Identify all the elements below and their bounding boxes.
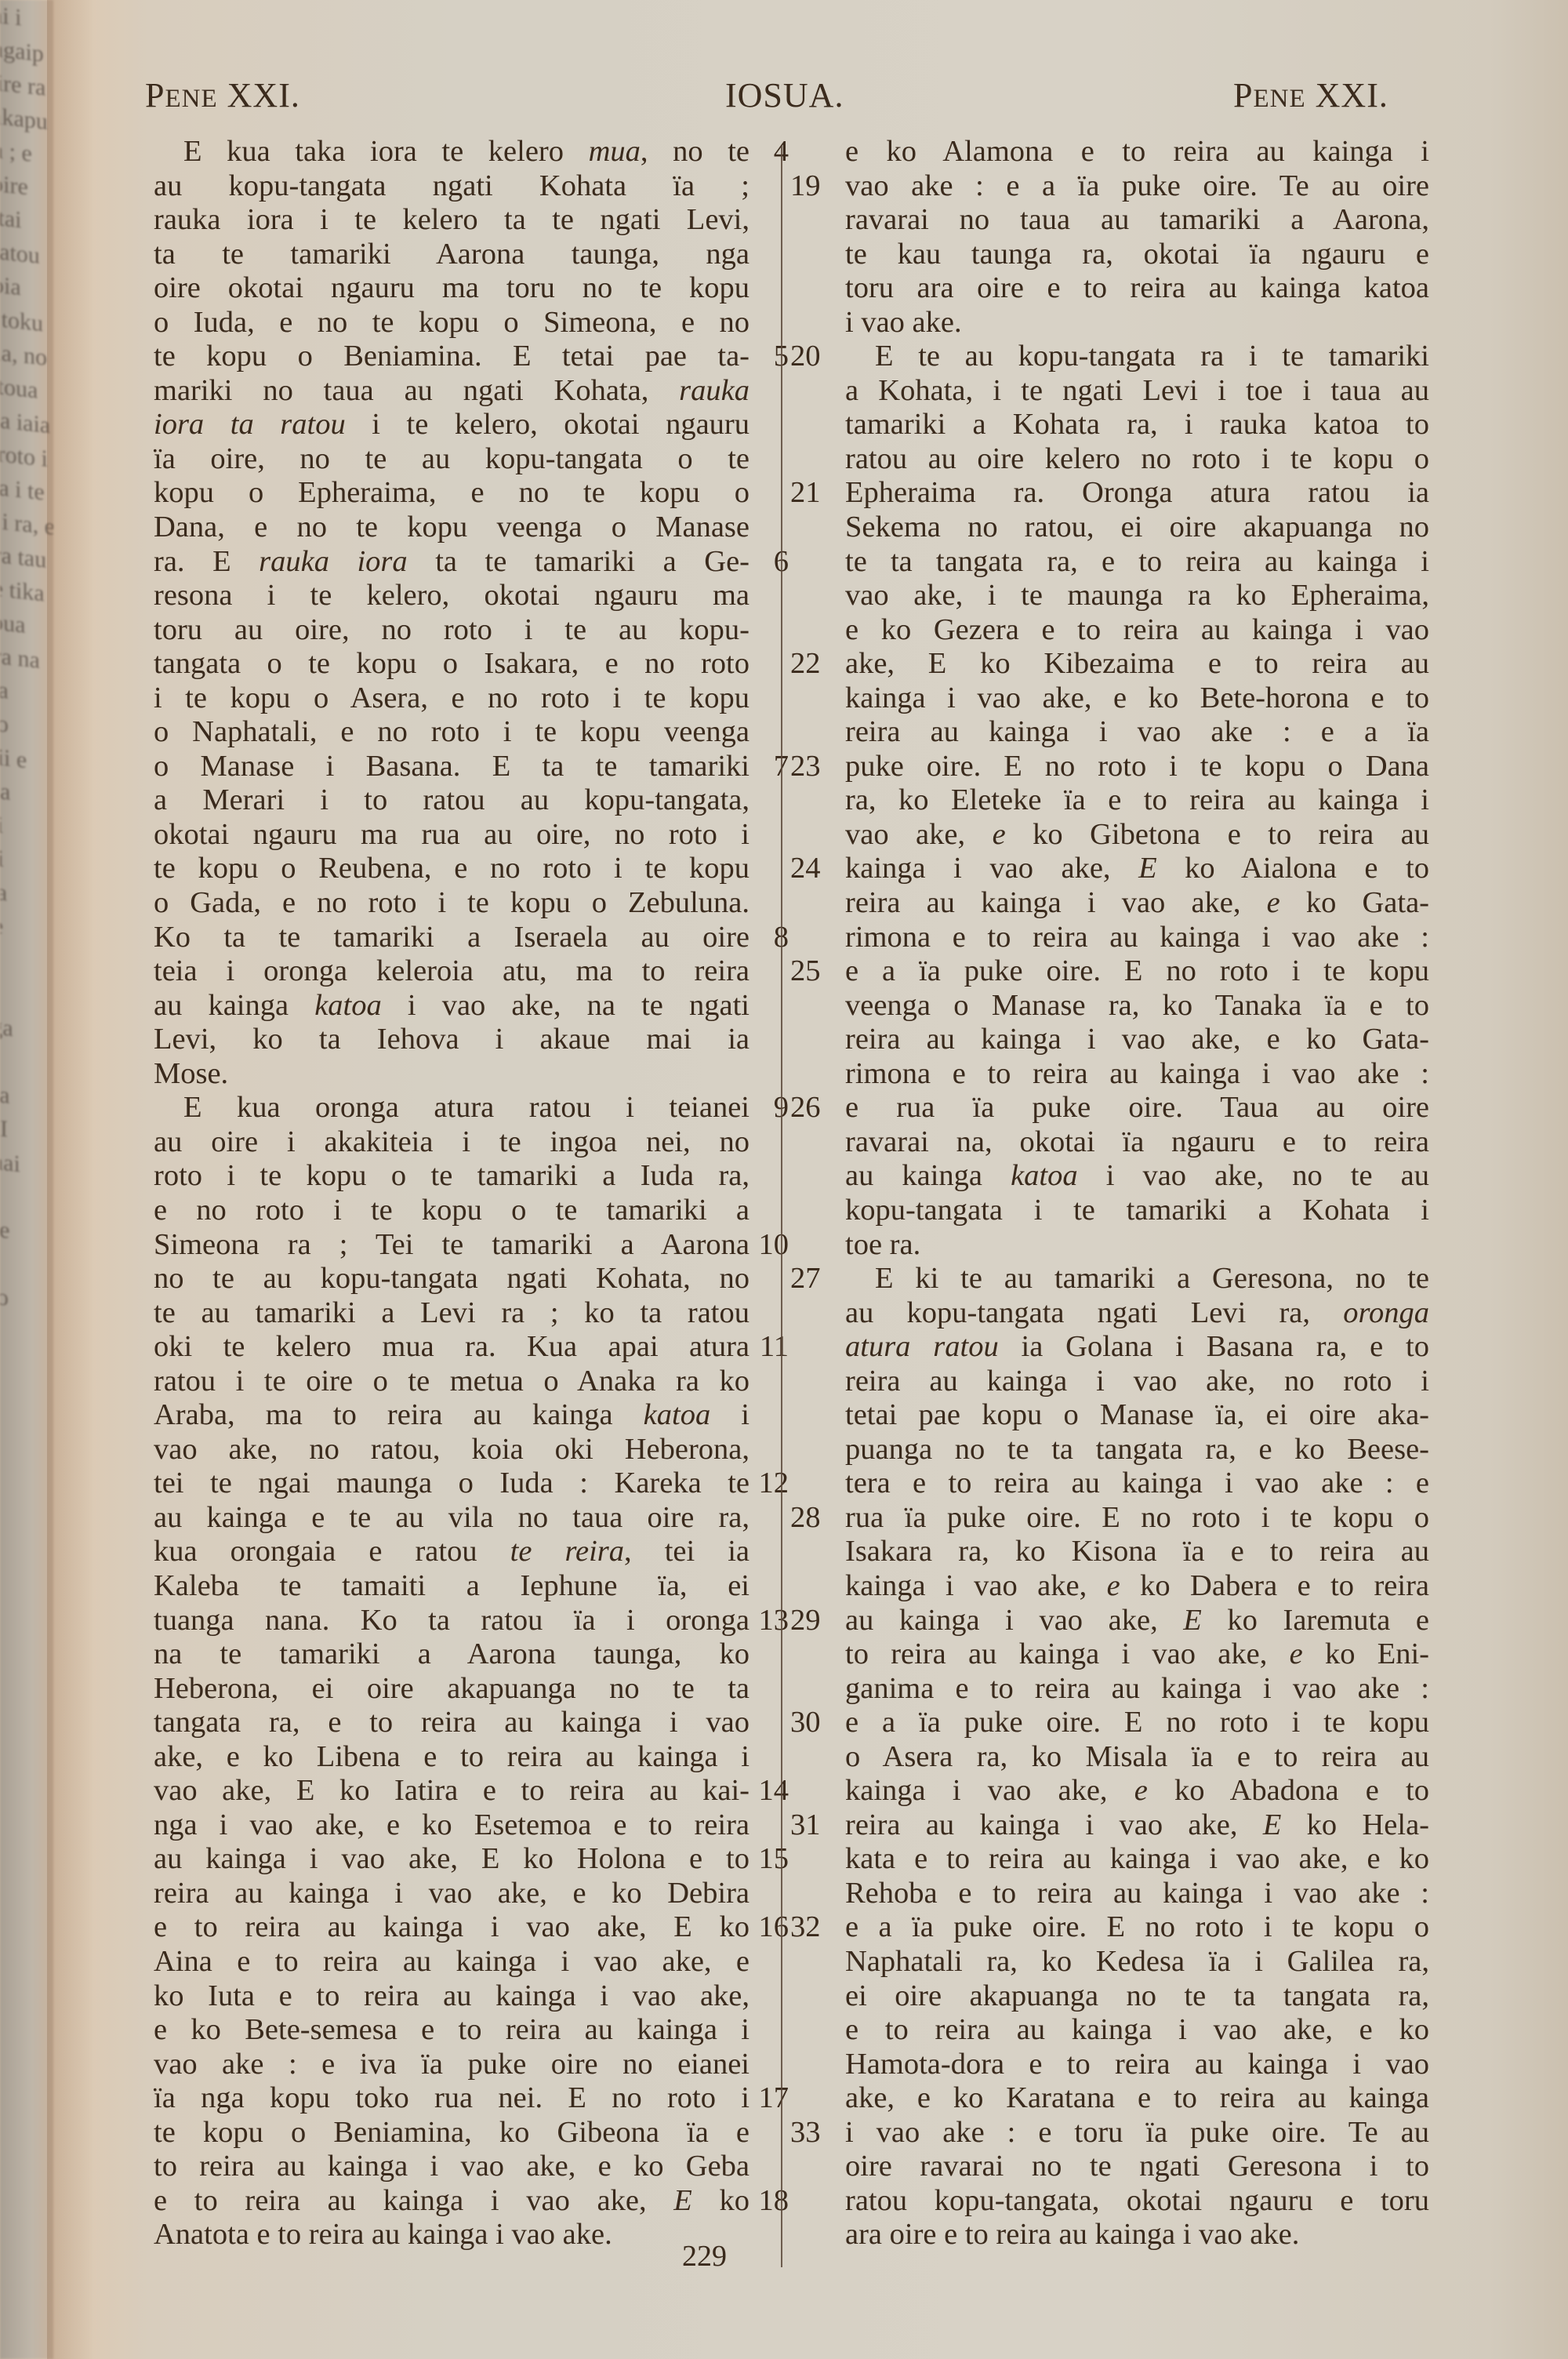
line-text: e a ïa puke oire. E no roto i te kopu o [845, 1910, 1429, 1945]
line-text: Isakara ra, ko Kisona ïa e to reira au [845, 1535, 1429, 1569]
line-text: reira au kainga i vao ake, e ko Gata- [845, 886, 1429, 921]
text-segment: ei oire akapuanga no te ta tangata ra, [845, 1979, 1429, 2012]
line-text: kopu-tangata i te tamariki a Kohata i [845, 1194, 1429, 1228]
text-segment: tetai pae kopu o Manase ïa, ei oire aka- [845, 1398, 1429, 1431]
line-text: E kua oronga atura ratou i teianei [154, 1091, 750, 1125]
text-segment: teia i oronga keleroia atu, ma to reira [154, 954, 750, 987]
line-text: tangata ra, e to reira au kainga i vao [154, 1706, 750, 1740]
text-segment: reira au kainga i vao ake, [845, 1808, 1263, 1841]
line-text: Epheraima ra. Oronga atura ratou ia [845, 476, 1429, 511]
text-segment: o Gada, e no roto i te kopu o Zebuluna. [154, 886, 750, 919]
text-segment: ratou au oire kelero no roto i te kopu o [845, 442, 1429, 475]
text-segment: reira au kainga i vao ake, [845, 886, 1267, 919]
line-text: Aina e to reira au kainga i vao ake, e [154, 1945, 750, 1979]
text-line: tangata ra, e to reira au kainga i vao [154, 1706, 773, 1740]
line-text: Araba, ma to reira au kainga katoa i [154, 1398, 750, 1433]
verse-number: 5 [757, 340, 789, 374]
text-line: to reira au kainga i vao ake, e ko Eni- [790, 1637, 1429, 1672]
facing-page-text-line: tetai i [0, 0, 53, 38]
text-line: au kopu-tangata ngati Kohata ïa ; [154, 169, 773, 204]
line-text: e to reira au kainga i vao ake, E ko [154, 2184, 750, 2219]
text-line: puanga no te ta tangata ra, e ko Beese- [790, 1433, 1429, 1467]
text-segment: ko Abadona e to [1148, 1774, 1429, 1807]
line-text: au kainga katoa i vao ake, na te ngati [154, 989, 750, 1023]
line-text: vao ake : e iva ïa puke oire no eianei [154, 2048, 750, 2082]
text-segment: Naphatali ra, ko Kedesa ïa i Galilea ra, [845, 1945, 1429, 1978]
text-line: ïa oire, no te au kopu-tangata o te [154, 442, 773, 477]
line-text: o Manase i Basana. E ta te tamariki [154, 750, 750, 784]
line-text: Anatota e to reira au kainga i vao ake. [154, 2218, 750, 2252]
line-text: vao ake : e a ïa puke oire. Te au oire [845, 169, 1429, 204]
facing-page-edge: tetai ite ngaipa oire raia akapue ra ; e… [0, 0, 53, 2359]
text-segment: o Naphatali, e no roto i te kopu veenga [154, 715, 750, 748]
text-segment: tangata ra, e to reira au kainga i vao [154, 1706, 750, 1739]
line-text: e to reira au kainga i vao ake, e ko [845, 2013, 1429, 2048]
text-segment: Ko ta te tamariki a Iseraela au oire [154, 921, 750, 954]
text-line: ravarai no taua au tamariki a Aarona, [790, 203, 1429, 238]
line-text: Rehoba e to reira au kainga i vao ake : [845, 1877, 1429, 1911]
text-line: 20E te au kopu-tangata ra i te tamariki [790, 340, 1429, 374]
line-text: teia i oronga keleroia atu, ma to reira [154, 954, 750, 989]
italic-segment: katoa [314, 989, 382, 1022]
italic-segment: rauka iora [259, 545, 408, 578]
text-line: Levi, ko ta Iehova i akaue mai ia [154, 1023, 773, 1057]
verse-number: 24 [790, 852, 834, 886]
line-text: ta te tamariki Aarona taunga, nga [154, 238, 750, 272]
line-text: vao ake, i te maunga ra ko Epheraima, [845, 579, 1429, 613]
text-line: tamariki a Kohata ra, i rauka katoa to [790, 408, 1429, 442]
text-line: 28rua ïa puke oire. E no roto i te kopu … [790, 1501, 1429, 1536]
text-line: ravarai na, okotai ïa ngauru e to reira [790, 1125, 1429, 1160]
text-line: rauka iora i te kelero ta te ngati Levi, [154, 203, 773, 238]
line-text: oki te kelero mua ra. Kua apai atura [154, 1330, 750, 1365]
line-text: tetai pae kopu o Manase ïa, ei oire aka- [845, 1398, 1429, 1433]
text-line: iora ta ratou i te kelero, okotai ngauru [154, 408, 773, 442]
text-line: 18e to reira au kainga i vao ake, E ko [154, 2184, 773, 2219]
line-text: Mose. [154, 1057, 750, 1092]
text-segment: E ki te au tamariki a Geresona, no te [875, 1262, 1429, 1295]
line-text: reira au kainga i vao ake, no roto i [845, 1365, 1429, 1399]
text-line: mariki no taua au ngati Kohata, rauka [154, 374, 773, 409]
text-segment: reira au kainga i vao ake, no roto i [845, 1365, 1429, 1398]
text-line: te kopu o Reubena, e no roto i te kopu [154, 852, 773, 886]
text-line: roto i te kopu o te tamariki a Iuda ra, [154, 1159, 773, 1194]
line-text: tera e to reira au kainga i vao ake : e [845, 1467, 1429, 1501]
italic-segment: katoa [644, 1398, 711, 1431]
line-text: Naphatali ra, ko Kedesa ïa i Galilea ra, [845, 1945, 1429, 1979]
running-head-book-title: IOSUA. [725, 75, 844, 115]
text-segment: Hamota-dora e to reira au kainga i vao [845, 2048, 1429, 2081]
text-line: te kau taunga ra, okotai ïa ngauru e [790, 238, 1429, 272]
text-segment: ko Iuta e to reira au kainga i vao ake, [154, 1979, 750, 2012]
line-text: resona i te kelero, okotai ngauru ma [154, 579, 750, 613]
running-head-right: PENE XXI. [1233, 75, 1388, 115]
text-segment: Mose. [154, 1057, 228, 1090]
text-line: o Iuda, e no te kopu o Simeona, e no [154, 306, 773, 340]
line-text: atura ratou ia Golana i Basana ra, e to [845, 1330, 1429, 1365]
text-line: te ta tangata ra, e to reira au kainga i [790, 545, 1429, 580]
text-segment: e a ïa puke oire. E no roto i te kopu [845, 954, 1429, 987]
text-line: Dana, e no te kopu veenga o Manase [154, 511, 773, 545]
text-segment: puanga no te ta tangata ra, e ko Beese- [845, 1433, 1429, 1466]
line-text: toru au oire, no roto i te au kopu- [154, 613, 750, 648]
text-segment: oki te kelero mua ra. Kua apai atura [154, 1330, 750, 1363]
line-text: roto i te kopu o te tamariki a Iuda ra, [154, 1159, 750, 1194]
verse-number: 23 [790, 750, 834, 784]
text-line: ratou kopu-tangata, okotai ngauru e toru [790, 2184, 1429, 2219]
line-text: au kopu-tangata ngati Levi ra, oronga [845, 1296, 1429, 1331]
verse-number: 8 [757, 921, 789, 955]
text-segment: ko Hela- [1281, 1808, 1429, 1841]
line-text: te kopu o Beniamina, ko Gibeona ïa e [154, 2116, 750, 2150]
line-text: ara oire e to reira au kainga i vao ake. [845, 2218, 1429, 2252]
text-line: ei oire akapuanga no te ta tangata ra, [790, 1979, 1429, 2014]
text-line: toru ara oire e to reira au kainga katoa [790, 271, 1429, 306]
text-segment: i vao ake, na te ngati [382, 989, 750, 1022]
line-text: oire ravarai no te ngati Geresona i to [845, 2150, 1429, 2184]
text-line: o Naphatali, e no roto i te kopu veenga [154, 715, 773, 750]
text-segment: veenga o Manase ra, ko Tanaka ïa e to [845, 989, 1429, 1022]
running-head-left-smallcaps: ENE [165, 85, 217, 113]
line-text: i vao ake. [845, 306, 1429, 340]
text-line: 33i vao ake : e toru ïa puke oire. Te au [790, 2116, 1429, 2150]
line-text: tei te ngai maunga o Iuda : Kareka te [154, 1467, 750, 1501]
text-segment: ko [692, 2184, 750, 2217]
text-segment: i te kopu o Asera, e no roto i te kopu [154, 682, 750, 714]
right-text-column: e ko Alamona e to reira au kainga i19vao… [790, 135, 1429, 2252]
verse-number: 13 [757, 1604, 789, 1638]
text-line: reira au kainga i vao ake, e ko Gata- [790, 1023, 1429, 1057]
line-text: Levi, ko ta Iehova i akaue mai ia [154, 1023, 750, 1057]
text-line: atura ratou ia Golana i Basana ra, e to [790, 1330, 1429, 1365]
italic-segment: e [993, 818, 1006, 851]
text-segment: oire okotai ngauru ma toru no te kopu [154, 271, 750, 304]
text-segment: ko Gibetona e to reira au [1006, 818, 1429, 851]
line-text: te kau taunga ra, okotai ïa ngauru e [845, 238, 1429, 272]
text-line: kua orongaia e ratou te reira, tei ia [154, 1535, 773, 1569]
line-text: iora ta ratou i te kelero, okotai ngauru [154, 408, 750, 442]
text-line: 5te kopu o Beniamina. E tetai pae ta- [154, 340, 773, 374]
verse-number: 4 [757, 135, 789, 169]
running-head-left-rest: XXI. [218, 76, 300, 114]
text-segment: no te au kopu-tangata ngati Kohata, no [154, 1262, 750, 1295]
text-segment: au kopu-tangata ngati Kohata ïa ; [154, 169, 750, 202]
text-segment: ganima e to reira au kainga i vao ake : [845, 1672, 1429, 1705]
italic-segment: E [1138, 852, 1157, 885]
text-segment: Araba, ma to reira au kainga [154, 1398, 644, 1431]
line-text: toru ara oire e to reira au kainga katoa [845, 271, 1429, 306]
verse-number: 10 [757, 1228, 789, 1263]
text-line: tangata o te kopu o Isakara, e no roto [154, 647, 773, 682]
line-text: mariki no taua au ngati Kohata, rauka [154, 374, 750, 409]
text-segment: ko Gata- [1280, 886, 1429, 919]
line-text: kainga i vao ake, e ko Abadona e to [845, 1774, 1429, 1808]
running-head-left-initial: P [145, 76, 165, 114]
text-line: 16e to reira au kainga i vao ake, E ko [154, 1910, 773, 1945]
text-line: Heberona, ei oire akapuanga no te ta [154, 1672, 773, 1707]
line-text: ratou au oire kelero no roto i te kopu o [845, 442, 1429, 477]
verse-number: 20 [790, 340, 834, 374]
text-line: a Kohata, i te ngati Levi i toe i taua a… [790, 374, 1429, 409]
page-number: 229 [682, 2239, 727, 2274]
line-text: vao ake, E ko Iatira e to reira au kai- [154, 1774, 750, 1808]
text-line: au kainga katoa i vao ake, no te au [790, 1159, 1429, 1194]
text-line: Aina e to reira au kainga i vao ake, e [154, 1945, 773, 1979]
verse-number: 21 [790, 476, 834, 511]
text-line: 27E ki te au tamariki a Geresona, no te [790, 1262, 1429, 1296]
text-line: Kaleba te tamaiti a Iephune ïa, ei [154, 1569, 773, 1604]
line-text: ïa oire, no te au kopu-tangata o te [154, 442, 750, 477]
text-segment: vao ake, [845, 818, 993, 851]
text-segment: kopu o Epheraima, e no te kopu o [154, 476, 750, 509]
italic-segment: katoa [1011, 1159, 1078, 1192]
line-text: na te tamariki a Aarona taunga, ko [154, 1637, 750, 1672]
italic-segment: E [1263, 1808, 1282, 1841]
text-segment: te au tamariki a Levi ra ; ko ta ratou [154, 1296, 750, 1329]
line-text: au oire i akakiteia i te ingoa nei, no [154, 1125, 750, 1160]
line-text: ra, ko Eleteke ïa e to reira au kainga i [845, 783, 1429, 818]
line-text: vao ake, e ko Gibetona e to reira au [845, 818, 1429, 852]
text-segment: ravarai no taua au tamariki a Aarona, [845, 203, 1429, 236]
text-line: 22ake, E ko Kibezaima e to reira au [790, 647, 1429, 682]
line-text: tuanga nana. Ko ta ratou ïa i oronga [154, 1604, 750, 1638]
text-line: teia i oronga keleroia atu, ma to reira [154, 954, 773, 989]
line-text: veenga o Manase ra, ko Tanaka ïa e to [845, 989, 1429, 1023]
line-text: e a ïa puke oire. E no roto i te kopu [845, 1706, 1429, 1740]
text-segment: Epheraima ra. Oronga atura ratou ia [845, 476, 1429, 509]
text-line: ratou i te oire o te metua o Anaka ra ko [154, 1365, 773, 1399]
text-line: vao ake, e ko Gibetona e to reira au [790, 818, 1429, 852]
text-segment: o Iuda, e no te kopu o Simeona, e no [154, 306, 750, 339]
text-line: 8Ko ta te tamariki a Iseraela au oire [154, 921, 773, 955]
text-line: e ko Alamona e to reira au kainga i [790, 135, 1429, 169]
line-text: i te kopu o Asera, e no roto i te kopu [154, 682, 750, 716]
italic-segment: e [1107, 1569, 1120, 1602]
line-text: E te au kopu-tangata ra i te tamariki [845, 340, 1429, 374]
text-segment: e to reira au kainga i vao ake, [154, 2184, 673, 2217]
text-line: toe ra. [790, 1228, 1429, 1263]
line-text: e to reira au kainga i vao ake, E ko [154, 1910, 750, 1945]
text-segment: rua ïa puke oire. E no roto i te kopu o [845, 1501, 1429, 1534]
line-text: puke oire. E no roto i te kopu o Dana [845, 750, 1429, 784]
line-text: au kainga e te au vila no taua oire ra, [154, 1501, 750, 1536]
text-line: to reira au kainga i vao ake, e ko Geba [154, 2150, 773, 2184]
text-segment: kainga i vao ake, [845, 1569, 1107, 1602]
text-segment: e a ïa puke oire. E no roto i te kopu [845, 1706, 1429, 1739]
text-segment: toru au oire, no roto i te au kopu- [154, 613, 750, 646]
gutter-shadow [47, 0, 94, 2359]
line-text: Dana, e no te kopu veenga o Manase [154, 511, 750, 545]
line-text: o Naphatali, e no roto i te kopu veenga [154, 715, 750, 750]
text-line: 17ïa nga kopu toko rua nei. E no roto i [154, 2081, 773, 2116]
text-segment: a Kohata, i te ngati Levi i toe i taua a… [845, 374, 1429, 407]
verse-number: 17 [757, 2081, 789, 2116]
text-segment: na te tamariki a Aarona taunga, ko [154, 1637, 750, 1670]
verse-number: 31 [790, 1808, 834, 1843]
text-line: kopu o Epheraima, e no te kopu o [154, 476, 773, 511]
line-text: kainga i vao ake, e ko Bete-horona e to [845, 682, 1429, 716]
line-text: Sekema no ratou, ei oire akapuanga no [845, 511, 1429, 545]
text-segment: oire ravarai no te ngati Geresona i to [845, 2150, 1429, 2183]
text-segment: ra. E [154, 545, 259, 578]
text-segment: Heberona, ei oire akapuanga no te ta [154, 1672, 750, 1705]
text-line: ake, e ko Karatana e to reira au kainga [790, 2081, 1429, 2116]
text-segment: tamariki a Kohata ra, i rauka katoa to [845, 408, 1429, 441]
text-line: e ko Gezera e to reira au kainga i vao [790, 613, 1429, 648]
text-segment: E te au kopu-tangata ra i te tamariki [875, 340, 1429, 373]
text-segment: rimona e to reira au kainga i vao ake : [845, 921, 1429, 954]
text-segment: tera e to reira au kainga i vao ake : e [845, 1467, 1429, 1499]
text-segment: au kainga i vao ake, E ko Holona e to [154, 1842, 750, 1875]
text-segment: o Manase i Basana. E ta te tamariki [154, 750, 750, 783]
line-text: te kopu o Beniamina. E tetai pae ta- [154, 340, 750, 374]
text-segment: e a ïa puke oire. E no roto i te kopu o [845, 1910, 1429, 1943]
italic-segment: e [1290, 1637, 1303, 1670]
verse-number: 29 [790, 1604, 834, 1638]
line-text: rauka iora i te kelero ta te ngati Levi, [154, 203, 750, 238]
text-line: ra, ko Eleteke ïa e to reira au kainga i [790, 783, 1429, 818]
line-text: oire okotai ngauru ma toru no te kopu [154, 271, 750, 306]
text-line: vao ake : e iva ïa puke oire no eianei [154, 2048, 773, 2082]
line-text: E kua taka iora te kelero mua, no te [154, 135, 750, 169]
text-segment: kainga i vao ake, [845, 852, 1138, 885]
text-line: 11oki te kelero mua ra. Kua apai atura [154, 1330, 773, 1365]
text-segment: reira au kainga i vao ake, e ko Debira [154, 1877, 750, 1910]
text-line: Sekema no ratou, ei oire akapuanga no [790, 511, 1429, 545]
line-text: okotai ngauru ma rua au oire, no roto i [154, 818, 750, 852]
verse-number: 12 [757, 1467, 789, 1501]
italic-segment: e [1134, 1774, 1148, 1807]
line-text: ei oire akapuanga no te ta tangata ra, [845, 1979, 1429, 2014]
text-segment: resona i te kelero, okotai ngauru ma [154, 579, 750, 612]
text-line: 10Simeona ra ; Tei te tamariki a Aarona [154, 1228, 773, 1263]
text-segment: ake, e ko Karatana e to reira au kainga [845, 2081, 1429, 2114]
text-line: rimona e to reira au kainga i vao ake : [790, 921, 1429, 955]
text-line: 30e a ïa puke oire. E no roto i te kopu [790, 1706, 1429, 1740]
text-line: au kopu-tangata ngati Levi ra, oronga [790, 1296, 1429, 1331]
line-text: Simeona ra ; Tei te tamariki a Aarona [154, 1228, 750, 1263]
italic-segment: atura ratou [845, 1330, 999, 1363]
text-line: Araba, ma to reira au kainga katoa i [154, 1398, 773, 1433]
verse-number: 30 [790, 1706, 834, 1740]
line-text: kopu o Epheraima, e no te kopu o [154, 476, 750, 511]
verse-number: 14 [757, 1774, 789, 1808]
column-divider-rule [781, 146, 782, 2267]
text-segment: e to reira au kainga i vao ake, e ko [845, 2013, 1429, 2046]
text-segment: ratou kopu-tangata, okotai ngauru e toru [845, 2184, 1429, 2217]
verse-number: 22 [790, 647, 834, 682]
text-line: reira au kainga i vao ake, e ko Gata- [790, 886, 1429, 921]
line-text: ganima e to reira au kainga i vao ake : [845, 1672, 1429, 1707]
text-line: au kainga katoa i vao ake, na te ngati [154, 989, 773, 1023]
text-segment: okotai ngauru ma rua au oire, no roto i [154, 818, 750, 851]
text-segment: tuanga nana. Ko ta ratou ïa i oronga [154, 1604, 750, 1637]
text-line: kainga i vao ake, e ko Bete-horona e to [790, 682, 1429, 716]
verse-number: 11 [757, 1330, 789, 1365]
text-line: 12tei te ngai maunga o Iuda : Kareka te [154, 1467, 773, 1501]
text-segment: te kopu o Beniamina, ko Gibeona ïa e [154, 2116, 750, 2149]
running-head-right-smallcaps: ENE [1253, 85, 1305, 113]
text-segment: Rehoba e to reira au kainga i vao ake : [845, 1877, 1429, 1910]
text-segment: au kainga [154, 989, 314, 1022]
line-text: E ki te au tamariki a Geresona, no te [845, 1262, 1429, 1296]
verse-number: 18 [757, 2184, 789, 2219]
line-text: e a ïa puke oire. E no roto i te kopu [845, 954, 1429, 989]
text-line: Isakara ra, ko Kisona ïa e to reira au [790, 1535, 1429, 1569]
text-line: nga i vao ake, e ko Esetemoa e to reira [154, 1808, 773, 1843]
italic-segment: E [1183, 1604, 1202, 1637]
text-segment: vao ake : e iva ïa puke oire no eianei [154, 2048, 750, 2081]
text-segment: , tei ia [624, 1535, 750, 1568]
line-text: kua orongaia e ratou te reira, tei ia [154, 1535, 750, 1569]
text-segment: to reira au kainga i vao ake, [845, 1637, 1290, 1670]
text-segment: kata e to reira au kainga i vao ake, e k… [845, 1842, 1429, 1875]
text-line: vao ake, i te maunga ra ko Epheraima, [790, 579, 1429, 613]
text-segment: a Merari i to ratou au kopu-tangata, [154, 783, 750, 816]
text-segment: te kau taunga ra, okotai ïa ngauru e [845, 238, 1429, 271]
line-text: reira au kainga i vao ake, e ko Gata- [845, 1023, 1429, 1057]
text-segment: au kainga [845, 1159, 1011, 1192]
line-text: au kopu-tangata ngati Kohata ïa ; [154, 169, 750, 204]
text-line: kata e to reira au kainga i vao ake, e k… [790, 1842, 1429, 1877]
italic-segment: e [1267, 886, 1280, 919]
line-text: to reira au kainga i vao ake, e ko Geba [154, 2150, 750, 2184]
text-line: 25e a ïa puke oire. E no roto i te kopu [790, 954, 1429, 989]
italic-segment: rauka [679, 374, 750, 407]
verse-number: 26 [790, 1091, 834, 1125]
text-segment: au oire i akakiteia i te ingoa nei, no [154, 1125, 750, 1158]
italic-segment: iora ta ratou [154, 408, 346, 441]
line-text: a Kohata, i te ngati Levi i toe i taua a… [845, 374, 1429, 409]
text-line: o Asera ra, ko Misala ïa e to reira au [790, 1740, 1429, 1775]
text-line: ko Iuta e to reira au kainga i vao ake, [154, 1979, 773, 2014]
text-segment: kainga i vao ake, e ko Bete-horona e to [845, 682, 1429, 714]
text-segment: ko Aialona e to [1157, 852, 1429, 885]
text-segment: Sekema no ratou, ei oire akapuanga no [845, 511, 1429, 543]
text-line: no te au kopu-tangata ngati Kohata, no [154, 1262, 773, 1296]
text-line: oire ravarai no te ngati Geresona i to [790, 2150, 1429, 2184]
verse-number: 19 [790, 169, 834, 204]
text-segment: ïa nga kopu toko rua nei. E no roto i [154, 2081, 750, 2114]
text-segment: E kua oronga atura ratou i teianei [183, 1091, 750, 1124]
text-line: o Gada, e no roto i te kopu o Zebuluna. [154, 886, 773, 921]
text-line: Hamota-dora e to reira au kainga i vao [790, 2048, 1429, 2082]
text-segment: i te kelero, okotai ngauru [346, 408, 750, 441]
text-segment: E kua taka iora te kelero [183, 135, 589, 168]
line-text: ratou i te oire o te metua o Anaka ra ko [154, 1365, 750, 1399]
text-segment: nga i vao ake, e ko Esetemoa e to reira [154, 1808, 750, 1841]
line-text: e ko Alamona e to reira au kainga i [845, 135, 1429, 169]
left-text-column: 4E kua taka iora te kelero mua, no teau … [154, 135, 773, 2252]
text-segment: e to reira au kainga i vao ake, E ko [154, 1910, 750, 1943]
text-line: tetai pae kopu o Manase ïa, ei oire aka- [790, 1398, 1429, 1433]
text-line: a Merari i to ratou au kopu-tangata, [154, 783, 773, 818]
text-line: 4E kua taka iora te kelero mua, no te [154, 135, 773, 169]
text-segment: to reira au kainga i vao ake, e ko Geba [154, 2150, 750, 2183]
text-line: te kopu o Beniamina, ko Gibeona ïa e [154, 2116, 773, 2150]
line-text: Kaleba te tamaiti a Iephune ïa, ei [154, 1569, 750, 1604]
text-segment: roto i te kopu o te tamariki a Iuda ra, [154, 1159, 750, 1192]
text-segment: ravarai na, okotai ïa ngauru e to reira [845, 1125, 1429, 1158]
line-text: vao ake, no ratou, koia oki Heberona, [154, 1433, 750, 1467]
text-line: 32e a ïa puke oire. E no roto i te kopu … [790, 1910, 1429, 1945]
line-text: e ko Gezera e to reira au kainga i vao [845, 613, 1429, 648]
text-line: 7o Manase i Basana. E ta te tamariki [154, 750, 773, 784]
text-segment: Aina e to reira au kainga i vao ake, e [154, 1945, 750, 1978]
line-text: ake, e ko Libena e to reira au kainga i [154, 1740, 750, 1775]
text-segment: e ko Bete-semesa e to reira au kainga i [154, 2013, 750, 2046]
text-line: reira au kainga i vao ake : e a ïa [790, 715, 1429, 750]
